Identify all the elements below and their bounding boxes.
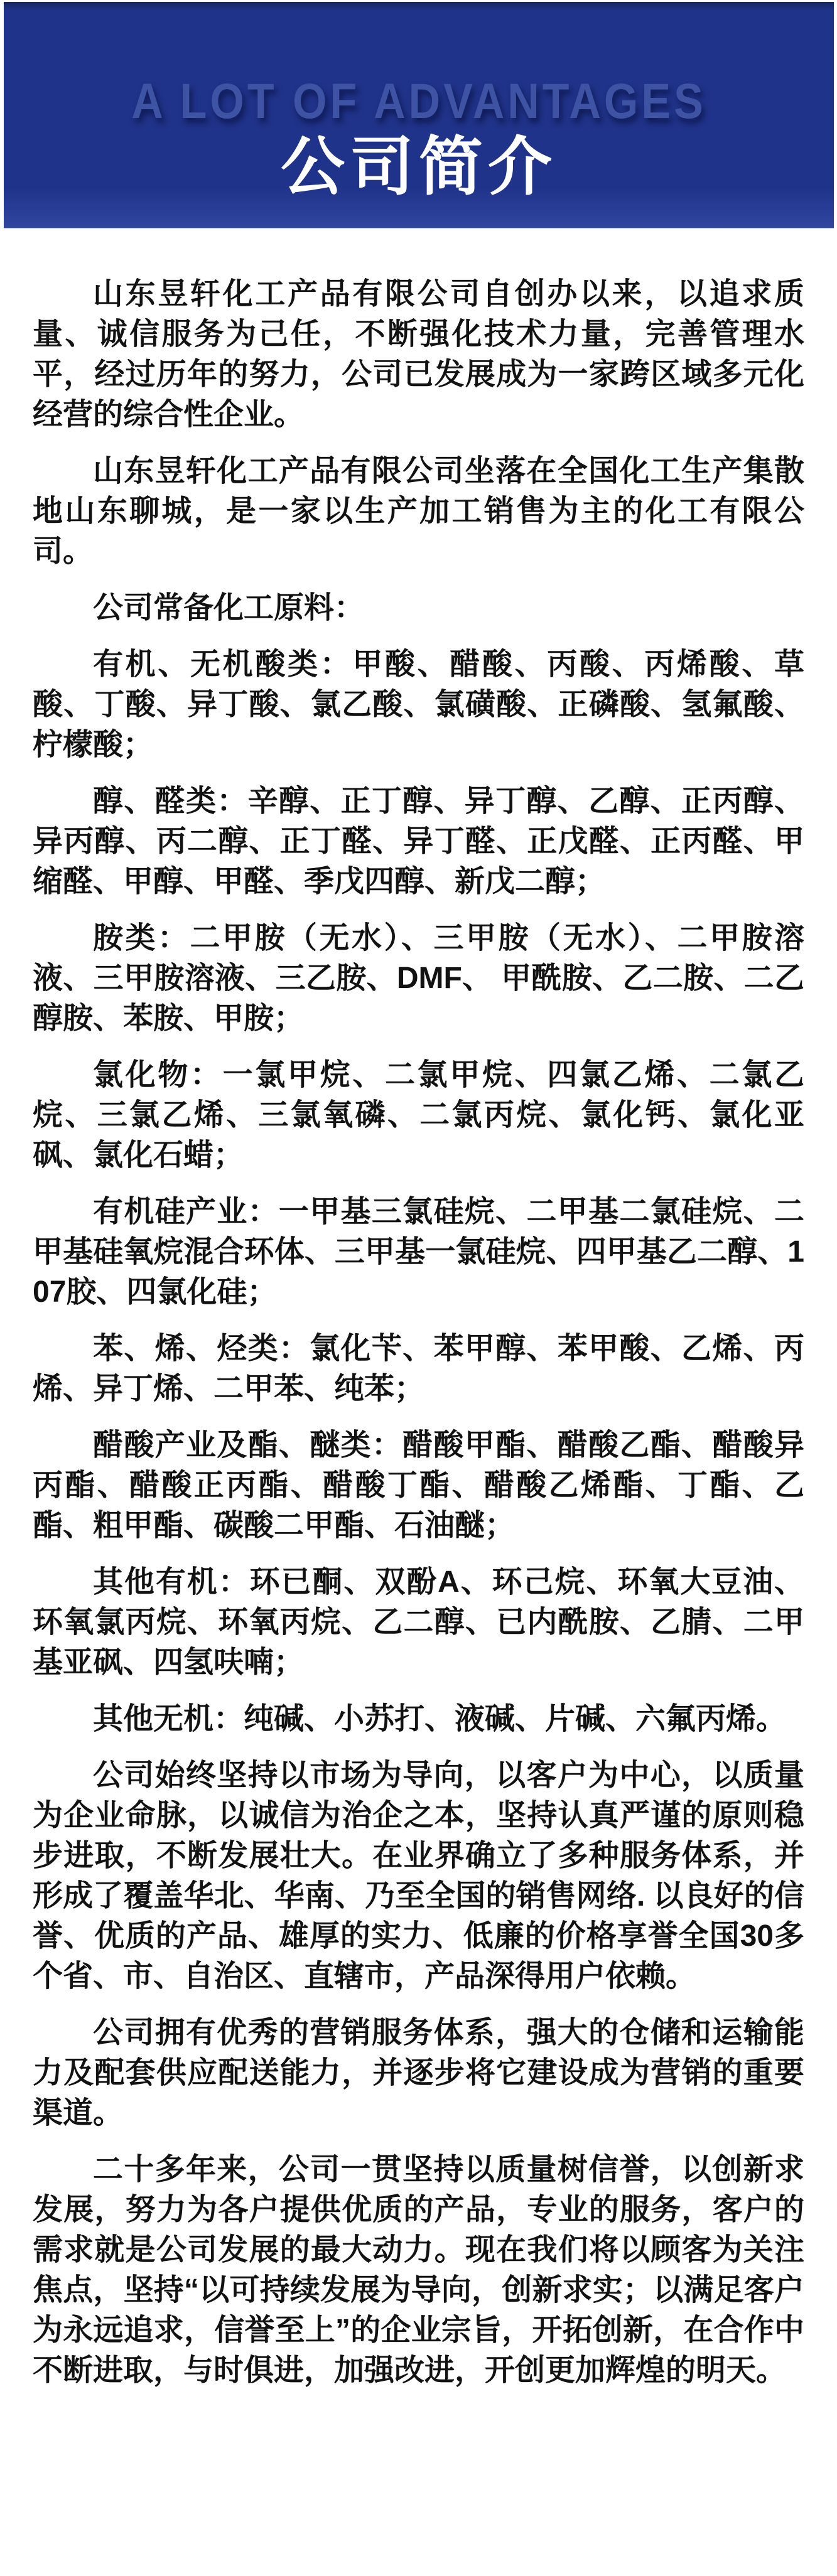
paragraph-location: 山东昱轩化工产品有限公司坐落在全国化工生产集散地山东聊城，是一家以生产加工销售为… bbox=[33, 451, 804, 572]
paragraph-alcohols-aldehydes: 醇、醛类：辛醇、正丁醇、异丁醇、乙醇、正丙醇、异丙醇、丙二醇、正丁醛、异丁醛、正… bbox=[33, 781, 804, 902]
header-banner: A LOT OF ADVANTAGES 公司简介 bbox=[4, 2, 834, 229]
paragraph-chlorides: 氯化物：一氯甲烷、二氯甲烷、四氯乙烯、二氯乙烷、三氯乙烯、三氯氧磷、二氯丙烷、氯… bbox=[33, 1055, 804, 1176]
paragraph-acids: 有机、无机酸类：甲酸、醋酸、丙酸、丙烯酸、草酸、丁酸、异丁酸、氯乙酸、氯磺酸、正… bbox=[33, 645, 804, 765]
paragraph-other-inorganic: 其他无机：纯碱、小苏打、液碱、片碱、六氟丙烯。 bbox=[33, 1699, 804, 1739]
paragraph-company-intro: 山东昱轩化工产品有限公司自创办以来，以追求质量、诚信服务为己任，不断强化技术力量… bbox=[33, 274, 804, 435]
paragraph-benzene-olefins: 苯、烯、烃类：氯化苄、苯甲醇、苯甲酸、乙烯、丙烯、异丁烯、二甲苯、纯苯； bbox=[33, 1329, 804, 1409]
article-body: 山东昱轩化工产品有限公司自创办以来，以追求质量、诚信服务为己任，不断强化技术力量… bbox=[0, 229, 837, 2427]
paragraph-silicones: 有机硅产业：一甲基三氯硅烷、二甲基二氯硅烷、二甲基硅氧烷混合环体、三甲基一氯硅烷… bbox=[33, 1192, 804, 1312]
paragraph-acetate-esters: 醋酸产业及酯、醚类：醋酸甲酯、醋酸乙酯、醋酸异丙酯、醋酸正丙酯、醋酸丁酯、醋酸乙… bbox=[33, 1425, 804, 1546]
paragraph-closing: 二十多年来，公司一贯坚持以质量树信誉，以创新求发展，努力为各户提供优质的产品，专… bbox=[33, 2150, 804, 2391]
paragraph-market-position: 公司始终坚持以市场为导向，以客户为中心，以质量为企业命脉，以诚信为治企之本，坚持… bbox=[33, 1756, 804, 1997]
paragraph-materials-heading: 公司常备化工原料： bbox=[33, 588, 804, 628]
paragraph-marketing-system: 公司拥有优秀的营销服务体系，强大的仓储和运输能力及配套供应配送能力，并逐步将它建… bbox=[33, 2013, 804, 2133]
page-title: 公司简介 bbox=[4, 116, 834, 208]
paragraph-amines: 胺类：二甲胺（无水）、三甲胺（无水）、二甲胺溶液、三甲胺溶液、三乙胺、DMF、 … bbox=[33, 918, 804, 1039]
company-profile-page: A LOT OF ADVANTAGES 公司简介 山东昱轩化工产品有限公司自创办… bbox=[0, 0, 837, 2576]
paragraph-other-organic: 其他有机：环已酮、双酚A、环己烷、环氧大豆油、环氧氯丙烷、环氧丙烷、乙二醇、已内… bbox=[33, 1562, 804, 1683]
